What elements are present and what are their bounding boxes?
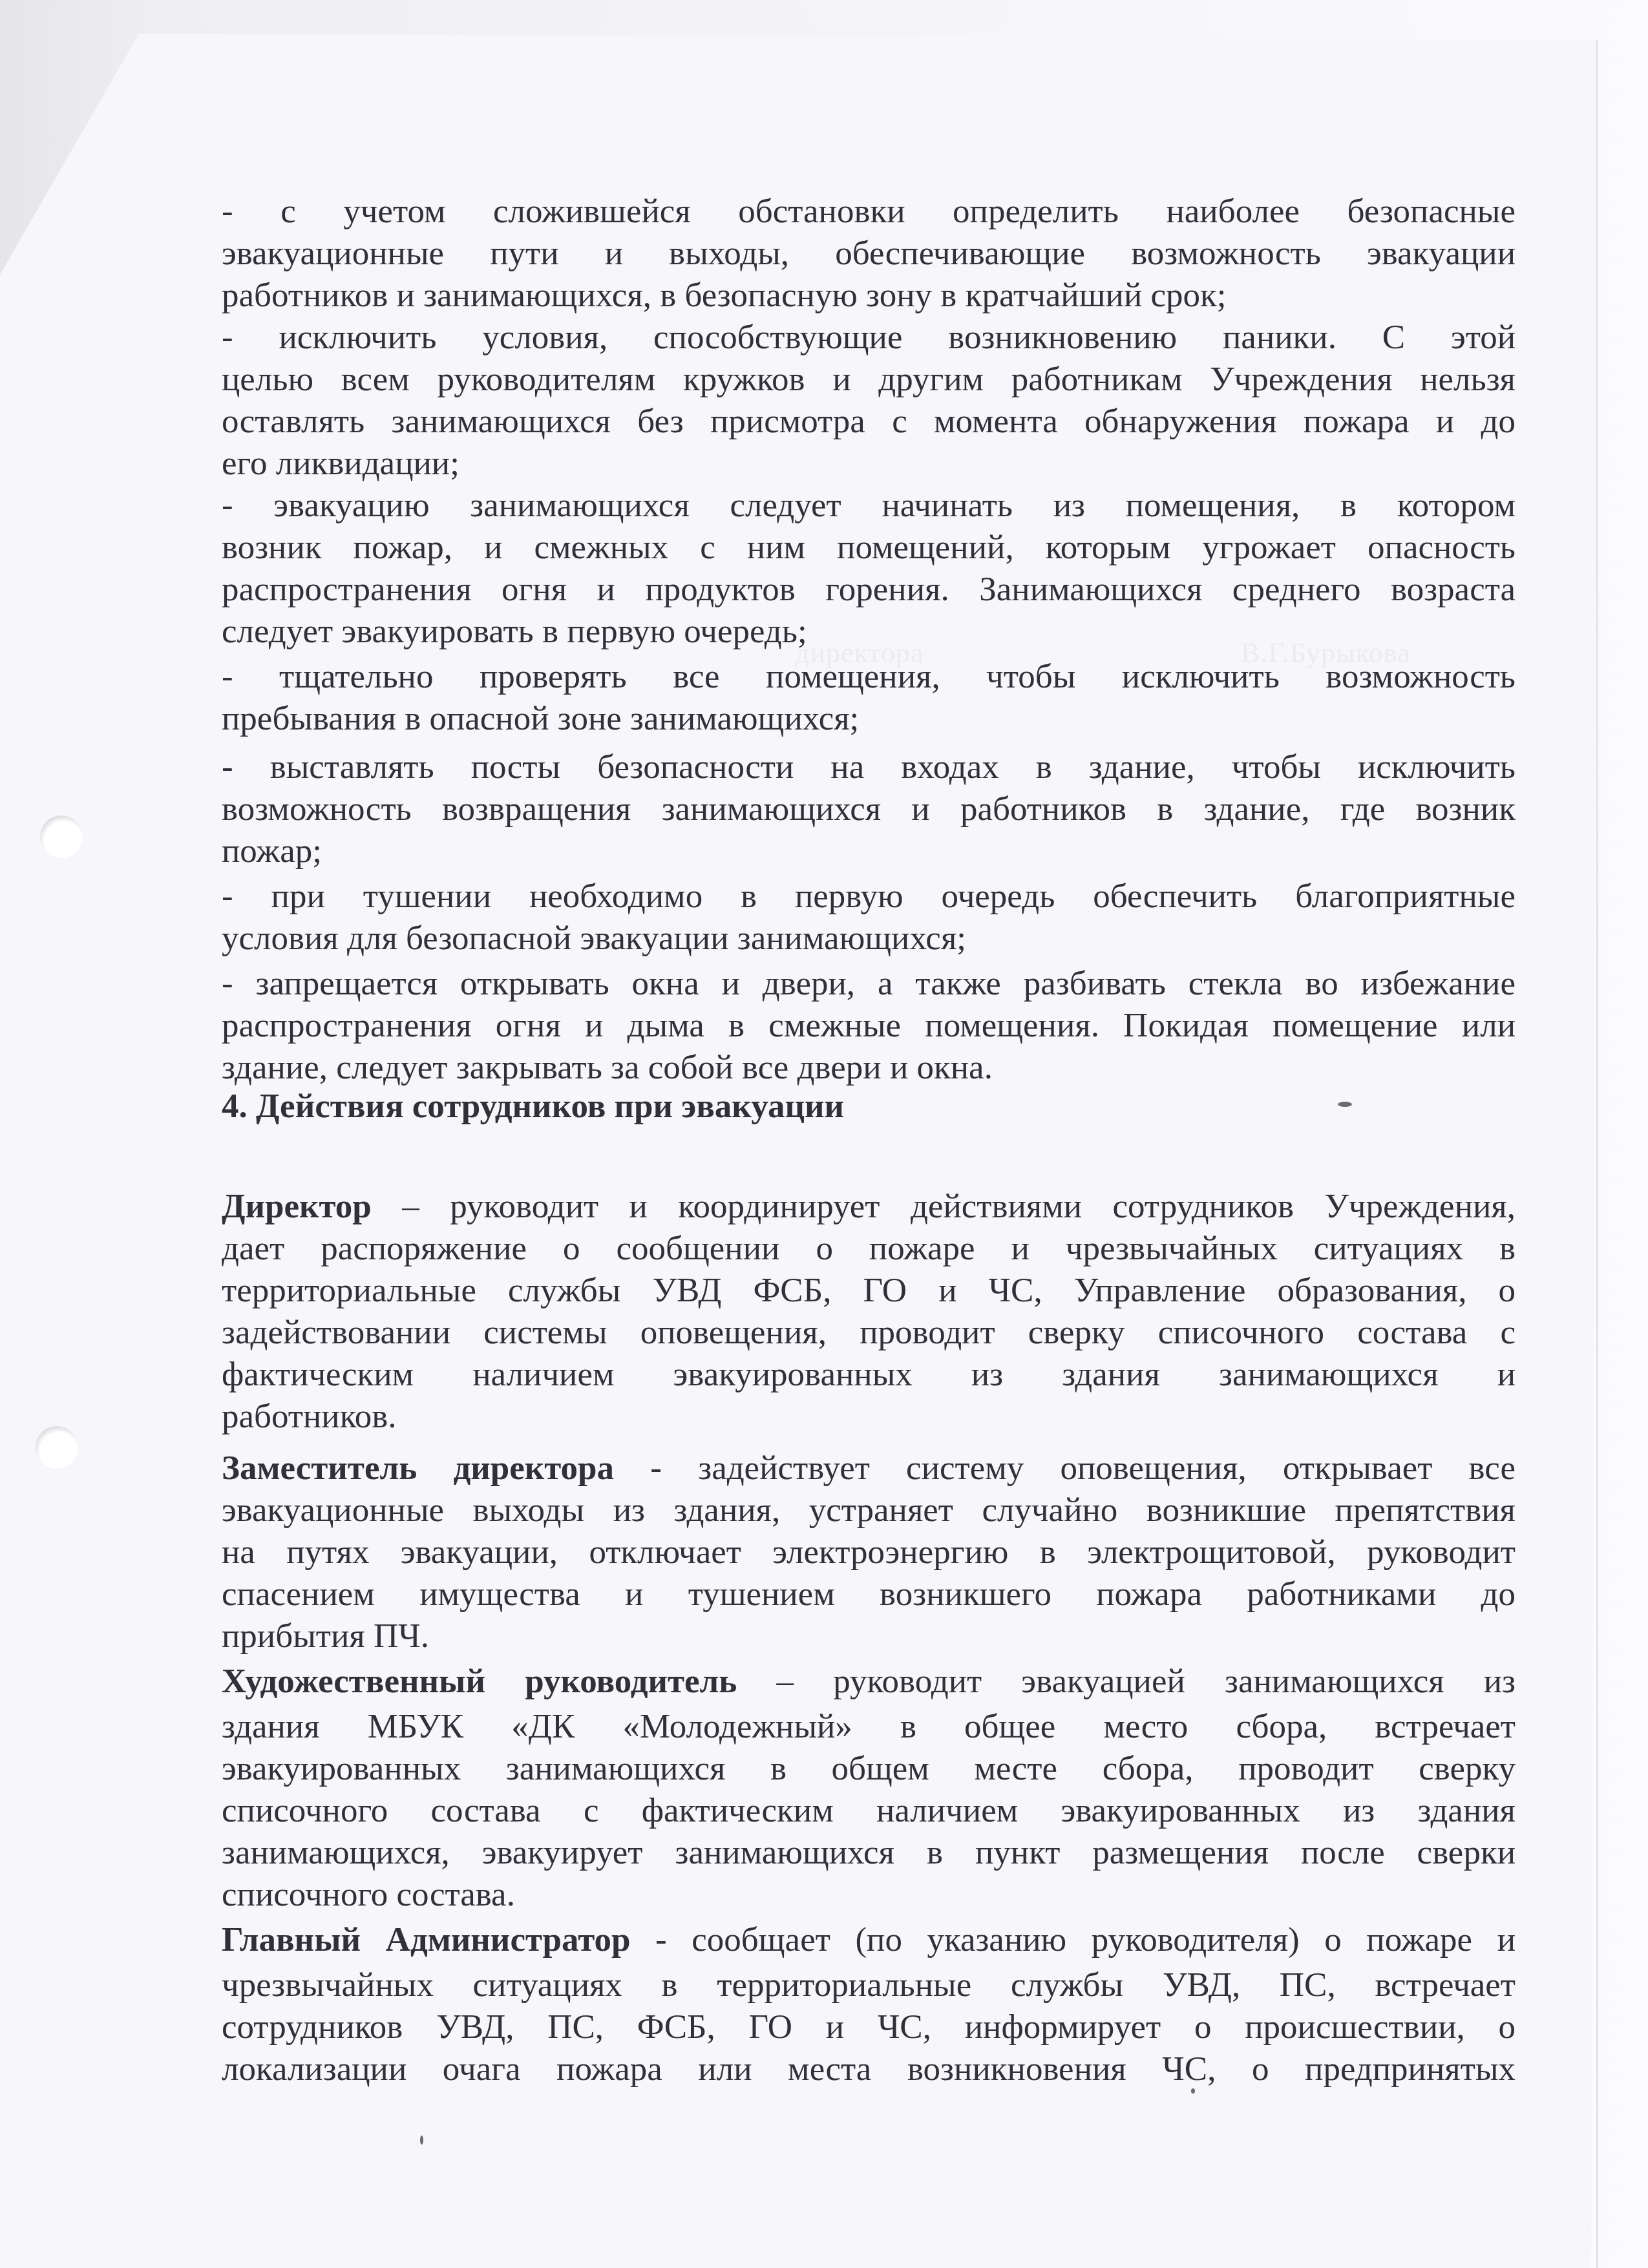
scan-speck [420, 2136, 423, 2145]
bullet-line: - с учетом сложившейся обстановки опреде… [222, 191, 1516, 233]
role-title: Заместитель директора [222, 1449, 614, 1487]
role-first-line: Художественный руководитель – руководит … [222, 1661, 1516, 1703]
bullet-line: целью всем руководителям кружков и други… [222, 359, 1516, 401]
role-line: прибытия ПЧ. [222, 1615, 1516, 1657]
section-heading: 4. Действия сотрудников при эвакуации [222, 1086, 1516, 1128]
role-line: на путях эвакуации, отключает электроэне… [222, 1531, 1516, 1573]
role-line: эвакуационные выходы из здания, устраняе… [222, 1489, 1516, 1531]
role-text: - задействует систему оповещения, открыв… [614, 1449, 1516, 1487]
role-line: дает распоряжение о сообщении о пожаре и… [222, 1228, 1516, 1270]
role-first-line: Главный Администратор - сообщает (по ука… [222, 1919, 1516, 1961]
bullet-line: следует эвакуировать в первую очередь; [222, 611, 1516, 653]
role-line: списочного состава. [222, 1874, 1516, 1916]
role-line: фактическим наличием эвакуированных из з… [222, 1354, 1516, 1396]
punch-hole-top [40, 815, 83, 858]
punch-hole-bottom [36, 1426, 78, 1469]
bullet-line: - выставлять посты безопасности на входа… [222, 746, 1516, 788]
bullet-line: - исключить условия, способствующие возн… [222, 317, 1516, 359]
role-title: Художественный руководитель [222, 1663, 737, 1700]
role-line: здания МБУК «ДК «Молодежный» в общее мес… [222, 1706, 1516, 1748]
bullet-line: распространения огня и дыма в смежные по… [222, 1005, 1516, 1047]
bullet-line: - запрещается открывать окна и двери, а … [222, 963, 1516, 1005]
bullet-line: оставлять занимающихся без присмотра с м… [222, 401, 1516, 443]
role-text: - сообщает (по указанию руководителя) о … [631, 1921, 1516, 1958]
bullet-line: - эвакуацию занимающихся следует начинат… [222, 485, 1516, 527]
bullet-line: распространения огня и продуктов горения… [222, 569, 1516, 611]
bullet-line: - тщательно проверять все помещения, что… [222, 656, 1516, 698]
role-text: – руководит эвакуацией занимающихся из [737, 1663, 1516, 1700]
role-title: Главный Администратор [222, 1921, 631, 1958]
bullet-line: условия для безопасной эвакуации занимаю… [222, 918, 1516, 960]
role-text: – руководит и координирует действиями со… [372, 1188, 1516, 1225]
role-line: территориальные службы УВД ФСБ, ГО и ЧС,… [222, 1270, 1516, 1312]
bullet-line: его ликвидации; [222, 443, 1516, 485]
scan-speck [1191, 2088, 1195, 2094]
role-line: эвакуированных занимающихся в общем мест… [222, 1748, 1516, 1790]
role-line: занимающихся, эвакуирует занимающихся в … [222, 1832, 1516, 1874]
role-line: работников. [222, 1396, 1516, 1438]
bullet-line: - при тушении необходимо в первую очеред… [222, 876, 1516, 918]
role-line: задействовании системы оповещения, прово… [222, 1312, 1516, 1354]
bullet-line: возник пожар, и смежных с ним помещений,… [222, 527, 1516, 569]
role-line: сотрудников УВД, ПС, ФСБ, ГО и ЧС, инфор… [222, 2006, 1516, 2048]
role-first-line: Заместитель директора - задействует сист… [222, 1447, 1516, 1489]
scan-speck [1338, 1102, 1352, 1107]
bullet-line: работников и занимающихся, в безопасную … [222, 275, 1516, 317]
bullet-line: здание, следует закрывать за собой все д… [222, 1047, 1516, 1089]
role-line: списочного состава с фактическим наличие… [222, 1790, 1516, 1832]
bullet-line: эвакуационные пути и выходы, обеспечиваю… [222, 233, 1516, 275]
role-line: локализации очага пожара или места возни… [222, 2048, 1516, 2090]
bullet-line: возможность возвращения занимающихся и р… [222, 788, 1516, 830]
bullet-line: пожар; [222, 830, 1516, 872]
page-edge [1596, 40, 1598, 2268]
role-line: чрезвычайных ситуациях в территориальные… [222, 1964, 1516, 2006]
role-line: спасением имущества и тушением возникшег… [222, 1573, 1516, 1615]
bullet-line: пребывания в опасной зоне занимающихся; [222, 698, 1516, 740]
role-first-line: Директор – руководит и координирует дейс… [222, 1186, 1516, 1228]
role-title: Директор [222, 1188, 372, 1225]
